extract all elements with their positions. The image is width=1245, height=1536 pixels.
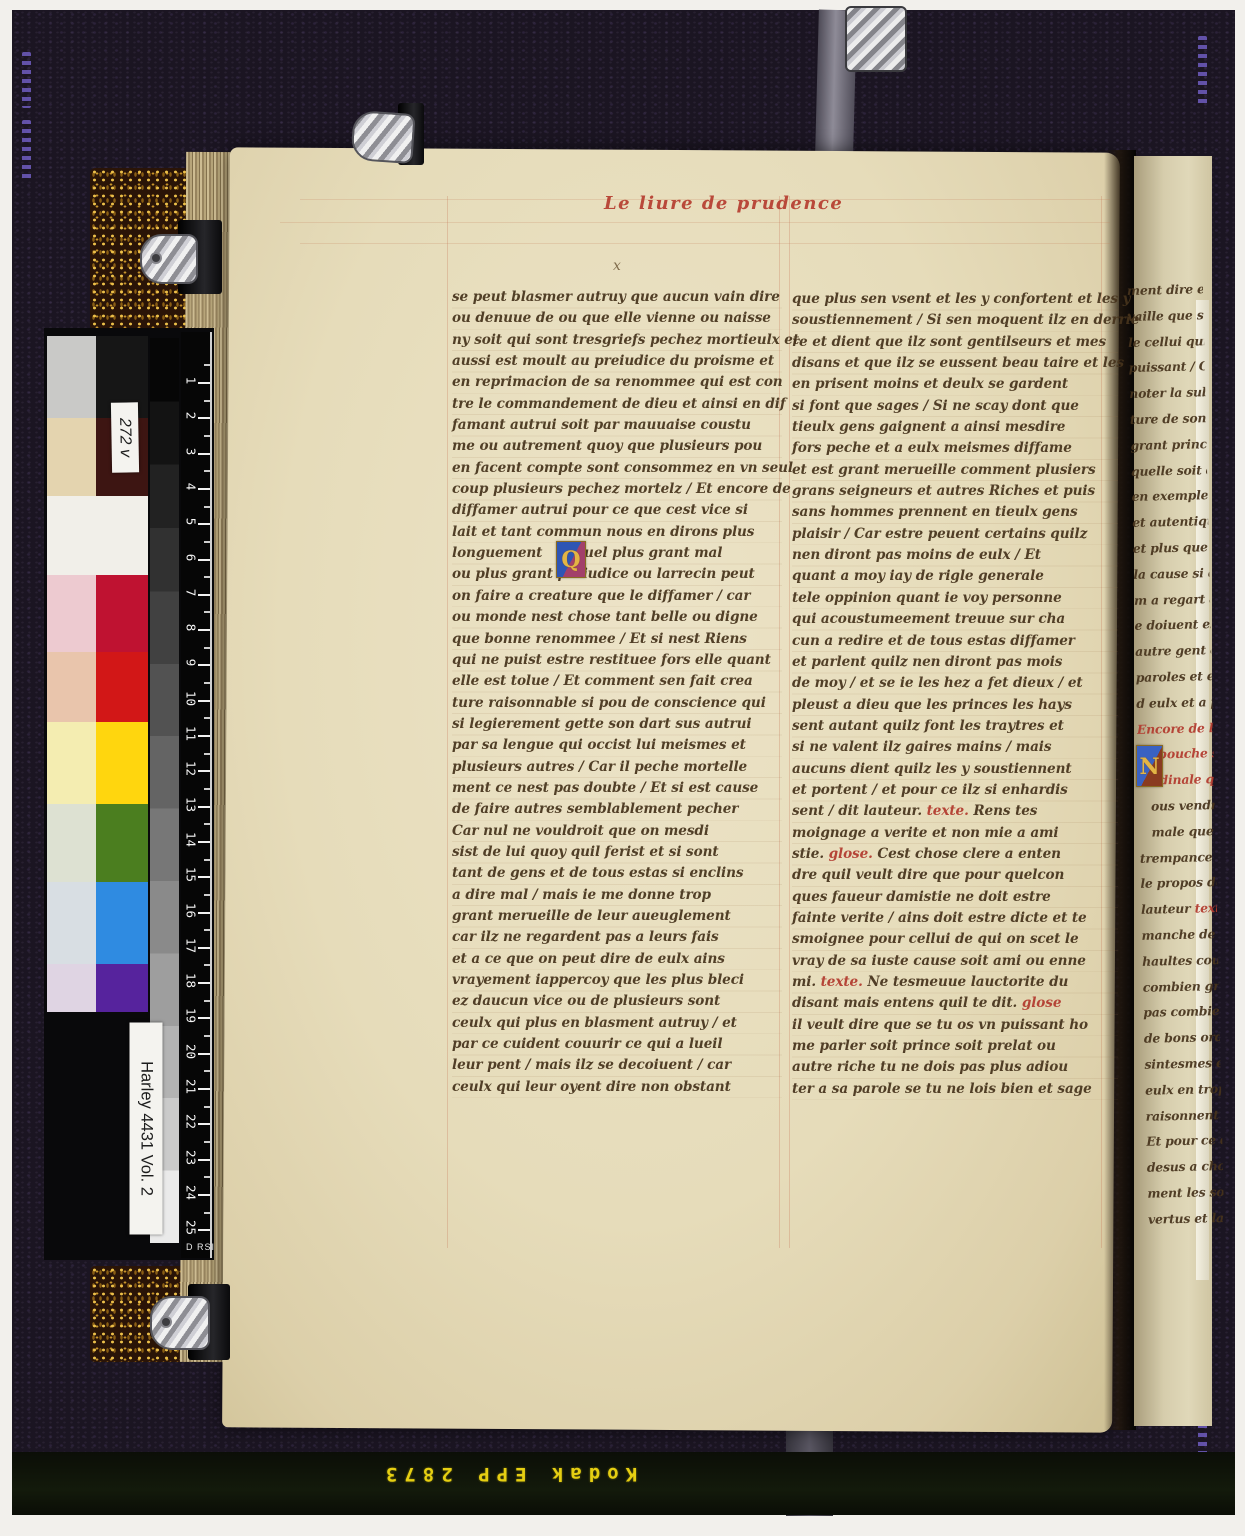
ruler-tick xyxy=(198,947,210,949)
ruler-number: 5 xyxy=(184,512,199,532)
ruler-tick xyxy=(198,700,210,702)
text-column-right: que plus sen vsent et les y confortent e… xyxy=(792,289,1118,1100)
color-patch-row xyxy=(47,804,148,882)
manuscript-text-line: ceulx qui leur oyent dire non obstant xyxy=(452,1077,782,1098)
ruler-tick xyxy=(204,823,210,825)
manuscript-text-line: par sa lengue qui occist lui meismes et xyxy=(452,735,782,756)
ruler-number: 20 xyxy=(184,1041,199,1061)
fragment-text-line: pas combien grant xyxy=(1143,1003,1220,1031)
color-patch xyxy=(47,575,96,652)
fragment-text-line: lauteur texte Es xyxy=(1141,900,1218,928)
ruler-tick xyxy=(198,1053,210,1055)
fragment-text-line: manche de toy chose xyxy=(1141,926,1218,954)
ruling-line xyxy=(447,196,448,1248)
ruler-tick xyxy=(204,929,210,931)
manuscript-text-line: dre quil veult dire que pour quelcon xyxy=(792,865,1118,886)
ruler-number: 12 xyxy=(184,759,199,779)
fragment-text-line: combien grans cho xyxy=(1143,978,1220,1006)
ruler-number: 18 xyxy=(184,971,199,991)
manuscript-text-line: que bonne renommee / Et si nest Riens xyxy=(452,629,782,650)
page-clip-handle xyxy=(140,234,198,284)
manuscript-text-line: diffamer autrui pour ce que cest vice si xyxy=(452,500,782,521)
ruler-tick xyxy=(204,753,210,755)
registration-mark xyxy=(22,120,31,180)
fragment-text-line: de bons ordre et glose xyxy=(1144,1029,1221,1057)
ruling-line xyxy=(789,196,790,1248)
ruler-number: 15 xyxy=(184,865,199,885)
ruler-tick xyxy=(204,1070,210,1072)
manuscript-text-line: moignage a verite et non mie a ami xyxy=(792,823,1118,844)
fragment-text-line: e doiuent estre m xyxy=(1134,617,1211,645)
color-patch xyxy=(47,804,96,882)
manuscript-text-line: aussi est moult au preiudice du proisme … xyxy=(452,351,782,372)
ruler-tick xyxy=(198,912,210,914)
ruler-tick xyxy=(204,435,210,437)
ruler-tick xyxy=(204,647,210,649)
ruler-tick xyxy=(204,682,210,684)
rubric-word: Encore de lenseig xyxy=(1137,719,1225,737)
ruler-tick xyxy=(198,559,210,561)
color-patch-row xyxy=(47,964,148,1012)
ruler-tick xyxy=(198,1017,210,1019)
registration-mark xyxy=(1198,36,1207,108)
fragment-text-line: desus a chose haulte xyxy=(1147,1158,1224,1186)
manuscript-text-line: ceulx qui plus en blasment autruy / et xyxy=(452,1013,782,1034)
fragment-text-line: ous vendron xyxy=(1138,797,1215,825)
color-patch xyxy=(96,722,148,804)
ruler-tick xyxy=(198,453,210,455)
ruler-tick xyxy=(198,594,210,596)
fragment-text-line: Et pour ce dist il xyxy=(1146,1132,1223,1160)
manuscript-text-line: fainte verite / ains doit estre dicte et… xyxy=(792,908,1118,929)
color-patch-row xyxy=(47,652,148,722)
manuscript-text-line: tre le commandement de dieu et ainsi en … xyxy=(452,394,782,415)
fragment-text-line: vertus et la haulte xyxy=(1148,1210,1225,1238)
fragment-text-line: Encore de lenseig xyxy=(1137,720,1214,748)
manuscript-text-line: ou denuue de ou que elle vienne ou naiss… xyxy=(452,308,782,329)
ruler-number: 2 xyxy=(184,406,199,426)
color-patch xyxy=(96,804,148,882)
manuscript-text-line: plaisir / Car estre peuent certains quil… xyxy=(792,524,1118,545)
fragment-text-line: et plus que dun xyxy=(1133,539,1210,567)
fragment-text-line: male que on xyxy=(1139,823,1216,851)
manuscript-text-line: et parlent quilz nen diront pas mois xyxy=(792,652,1118,673)
ruler-tick xyxy=(198,488,210,490)
rubric-header: Le liure de prudence xyxy=(604,193,843,214)
page-clip-handle xyxy=(350,110,415,164)
manuscript-text-line: disant mais entens quil te dit. glose xyxy=(792,993,1118,1014)
manuscript-text-line: et a ce que on peut dire de eulx ains xyxy=(452,949,782,970)
ruler-tick xyxy=(204,576,210,578)
ruler-number: 6 xyxy=(184,547,199,567)
ruler-tick xyxy=(198,1123,210,1125)
manuscript-text-line: tele oppinion quant ie voy personne xyxy=(792,588,1118,609)
manuscript-text-line: cun a redire et de tous estas diffamer xyxy=(792,631,1118,652)
manuscript-text-line: me parler soit prince soit prelat ou xyxy=(792,1036,1118,1057)
fragment-text-line: ment les souuerain xyxy=(1147,1184,1224,1212)
ruler-tick xyxy=(204,470,210,472)
manuscript-text-line: tieulx gens gaignent a ainsi mesdire xyxy=(792,417,1118,438)
pen-trial-mark: x xyxy=(613,258,621,274)
color-patch xyxy=(47,652,96,722)
ruler-tick xyxy=(204,364,210,366)
fragment-text-line: noter la substanc xyxy=(1129,384,1206,412)
ruler-number: 1 xyxy=(184,371,199,391)
manuscript-text-line: smoignee pour cellui de qui on scet le xyxy=(792,929,1118,950)
ruler-tick xyxy=(204,894,210,896)
ruler-number: 17 xyxy=(184,935,199,955)
manuscript-text-line: a dire mal / mais ie me donne trop xyxy=(452,885,782,906)
ruling-line xyxy=(300,243,1110,244)
manuscript-text-line: soustiennement / Si sen moquent ilz en d… xyxy=(792,310,1118,331)
ruler-footer-text: D RSI xyxy=(186,1242,215,1252)
ruler-tick xyxy=(204,788,210,790)
shelfmark-label: Harley 4431 Vol. 2 xyxy=(130,1023,163,1235)
ruler-tick xyxy=(198,1159,210,1161)
ruler-tick xyxy=(204,964,210,966)
ruler-tick xyxy=(198,1088,210,1090)
ruler-tick xyxy=(198,876,210,878)
ruler-tick xyxy=(204,1000,210,1002)
metal-clamp-top-right xyxy=(845,6,907,72)
manuscript-text-line: ment ce nest pas doubte / Et si est caus… xyxy=(452,778,782,799)
manuscript-text-line: famant autrui soit par mauuaise coustu xyxy=(452,415,782,436)
illuminated-initial-Q: Q xyxy=(556,541,586,578)
manuscript-text-line: qui ne puist estre restituee fors elle q… xyxy=(452,650,782,671)
rubric-word: texte. xyxy=(821,974,863,990)
ruler-tick xyxy=(204,506,210,508)
fragment-text-line: haultes coutumes xyxy=(1142,952,1219,980)
color-patch-row xyxy=(47,496,148,575)
color-patch-row xyxy=(47,575,148,652)
manuscript-text-line: ou plus grant preiudice ou larrecin peut xyxy=(452,564,782,585)
fragment-text-line: le cellui qui la dit xyxy=(1128,333,1205,361)
manuscript-text-line: vrayement iappercoy que les plus bleci xyxy=(452,970,782,991)
manuscript-text-line: de faire autres semblablement pecher xyxy=(452,799,782,820)
manuscript-text-line: en facent compte sont consommez en vn se… xyxy=(452,458,782,479)
manuscript-text-line: longuement uel plus grant mal xyxy=(452,543,782,564)
color-patch xyxy=(47,496,148,575)
ruler-tick xyxy=(204,400,210,402)
manuscript-text-line: stie. glose. Cest chose clere a enten xyxy=(792,844,1118,865)
fragment-text-line: la cause si est pou xyxy=(1133,565,1210,593)
ruling-line xyxy=(280,222,1110,223)
manuscript-text-line: Car nul ne vouldroit que on mesdi xyxy=(452,821,782,842)
manuscript-text-line: quant a moy iay de rigle generale xyxy=(792,566,1118,587)
fragment-text-line: sintesmes et vians xyxy=(1144,1055,1221,1083)
centimetre-ruler: 1234567891011121314151617181920212223242… xyxy=(181,332,212,1258)
manuscript-text-line: et est grant merueille comment plusiers xyxy=(792,460,1118,481)
manuscript-text-line: ques faueur damistie ne doit estre xyxy=(792,887,1118,908)
ruler-tick xyxy=(204,1176,210,1178)
ruler-number: 3 xyxy=(184,441,199,461)
manuscript-text-line: il veult dire que se tu os vn puissant h… xyxy=(792,1015,1118,1036)
manuscript-text-line: nen diront pas moins de eulx / Et xyxy=(792,545,1118,566)
page-clip-rivet xyxy=(160,1316,172,1328)
ruler-number: 11 xyxy=(184,724,199,744)
ruler-tick xyxy=(198,417,210,419)
manuscript-text-line: sent autant quilz font les traytres et xyxy=(792,716,1118,737)
ruler-number: 24 xyxy=(184,1182,199,1202)
fragment-text-line: raisonnent et seco xyxy=(1146,1107,1223,1135)
manuscript-text-line: mi. texte. Ne tesmeuue lauctorite du xyxy=(792,972,1118,993)
manuscript-text-line: sent / dit lauteur. texte. Rens tes xyxy=(792,801,1118,822)
manuscript-text-line: si font que sages / Si ne scay dont que xyxy=(792,396,1118,417)
rubric-word: glose. xyxy=(829,846,873,862)
fragment-text-line: d eulx et a plusie xyxy=(1136,694,1213,722)
manuscript-text-line: lait et tant commun nous en dirons plus xyxy=(452,522,782,543)
ruler-number: 4 xyxy=(184,476,199,496)
fragment-text-line: puissant / Car tu xyxy=(1129,359,1206,387)
fragment-text-line: autre gent en fa xyxy=(1135,642,1212,670)
color-patch-row xyxy=(47,882,148,964)
manuscript-text-line: si legierement gette son dart sus autrui xyxy=(452,714,782,735)
manuscript-text-line: si ne valent ilz gaires mains / mais xyxy=(792,737,1118,758)
manuscript-text-line: ter a sa parole se tu ne lois bien et sa… xyxy=(792,1079,1118,1100)
ruler-tick xyxy=(198,382,210,384)
ruler-tick xyxy=(204,541,210,543)
manuscript-text-line: de moy / et se ie les hez a fet dieux / … xyxy=(792,673,1118,694)
manuscript-text-line: re et dient que ilz sont gentilseurs et … xyxy=(792,332,1118,353)
manuscript-text-line: se peut blasmer autruy que aucun vain di… xyxy=(452,287,782,308)
manuscript-text-line: elle est tolue / Et comment sen fait cre… xyxy=(452,671,782,692)
color-patch xyxy=(96,964,148,1012)
color-patch-row xyxy=(47,722,148,804)
fragment-text-line: eulx en trop viser p xyxy=(1145,1081,1222,1109)
fragment-text-line: ture de son estat xyxy=(1130,410,1207,438)
manuscript-text-line: disans et que ilz se eussent beau taire … xyxy=(792,353,1118,374)
rubric-word: texte. xyxy=(927,803,969,819)
ruler-number: 13 xyxy=(184,794,199,814)
ruler-tick xyxy=(198,1229,210,1231)
ruler-tick xyxy=(198,770,210,772)
color-patch xyxy=(47,964,96,1012)
manuscript-text-line: me ou autrement quoy que plusieurs pou xyxy=(452,436,782,457)
manuscript-text-line: fors peche et a eulx meismes diffame xyxy=(792,438,1118,459)
manuscript-text-line: vray de sa iuste cause soit ami ou enne xyxy=(792,951,1118,972)
ruler-number: 21 xyxy=(184,1077,199,1097)
ruler-tick xyxy=(204,1141,210,1143)
ruler-tick xyxy=(204,1212,210,1214)
manuscript-text-line: en prisent moins et deulx se gardent xyxy=(792,374,1118,395)
ruler-number: 7 xyxy=(184,582,199,602)
manuscript-text-line: ture raisonnable si pou de conscience qu… xyxy=(452,693,782,714)
color-patch xyxy=(47,418,96,496)
fragment-text-line: vaille que se vn a xyxy=(1127,307,1204,335)
registration-mark xyxy=(22,52,31,108)
ruler-tick xyxy=(198,806,210,808)
ruler-number: 10 xyxy=(184,688,199,708)
illuminated-initial-N: N xyxy=(1136,745,1163,787)
fragment-text-line: et autentiqueme xyxy=(1132,513,1209,541)
manuscript-text-line: sist de lui quoy quil ferist et si sont xyxy=(452,842,782,863)
manuscript-text-line: autre riche tu ne dois pas plus adiou xyxy=(792,1057,1118,1078)
color-patch xyxy=(96,652,148,722)
rubric-word: glose xyxy=(1022,995,1062,1011)
manuscript-text-line: ou monde nest chose tant belle ou digne xyxy=(452,607,782,628)
ruler-tick xyxy=(198,629,210,631)
ruler-tick xyxy=(198,982,210,984)
ruler-tick xyxy=(204,859,210,861)
manuscript-text-line: plusieurs autres / Car il peche mortelle xyxy=(452,757,782,778)
ruler-tick xyxy=(204,1035,210,1037)
manuscript-text-line: sans hommes prennent en tieulx gens xyxy=(792,502,1118,523)
ruler-tick xyxy=(198,523,210,525)
manuscript-text-line: tant de gens et de tous estas si enclins xyxy=(452,863,782,884)
manuscript-text-line: on faire a creature que le diffamer / ca… xyxy=(452,586,782,607)
ruler-tick xyxy=(198,664,210,666)
ruler-number: 22 xyxy=(184,1112,199,1132)
fragment-text-line: m a regart a lexe xyxy=(1134,591,1211,619)
fragment-text-line: quelle soit digne xyxy=(1131,462,1208,490)
page-clip-rivet xyxy=(150,252,162,264)
manuscript-text-line: en reprimacion de sa renommee qui est co… xyxy=(452,372,782,393)
ruler-number: 25 xyxy=(184,1218,199,1238)
fragment-text-line: ment dire et que xyxy=(1127,281,1204,309)
fragment-text-line: paroles et est gnu xyxy=(1136,668,1213,696)
ruler-tick xyxy=(198,1194,210,1196)
manuscript-text-line: par ce cuident couurir ce qui a lueil xyxy=(452,1034,782,1055)
color-patch xyxy=(47,336,96,418)
fragment-text-line: en exemple vraye xyxy=(1131,488,1208,516)
ruler-number: 16 xyxy=(184,900,199,920)
manuscript-text-line: leur pent / mais ilz se decoiuent / car xyxy=(452,1055,782,1076)
ruler-tick xyxy=(198,735,210,737)
fragment-text-line: le propos de lintrod xyxy=(1140,874,1217,902)
color-patch xyxy=(47,722,96,804)
ruler-number: 14 xyxy=(184,829,199,849)
page-clip-handle xyxy=(150,1296,210,1350)
manuscript-text-line: aucuns dient quilz les y soustiennent xyxy=(792,759,1118,780)
manuscript-text-line: ez daucun vice ou de plusieurs sont xyxy=(452,991,782,1012)
color-patch xyxy=(96,882,148,964)
color-patch xyxy=(47,882,96,964)
ruler-tick xyxy=(204,717,210,719)
ruler-number: 8 xyxy=(184,618,199,638)
folio-number-label: 272 v xyxy=(111,402,139,472)
photographic-surrogate-page: { "labels": { "folio": "272 v", "shelfma… xyxy=(0,0,1245,1536)
manuscript-text-line: grans seigneurs et autres Riches et puis xyxy=(792,481,1118,502)
ruler-number: 23 xyxy=(184,1147,199,1167)
ruler-tick xyxy=(204,1106,210,1108)
manuscript-text-line: que plus sen vsent et les y confortent e… xyxy=(792,289,1118,310)
manuscript-text-line: ny soit qui sont tresgriefs pechez morti… xyxy=(452,330,782,351)
color-patch xyxy=(96,575,148,652)
manuscript-text-line: pleust a dieu que les princes les hays xyxy=(792,695,1118,716)
ruler-number: 9 xyxy=(184,653,199,673)
fragment-text-line: grant prince est d xyxy=(1130,436,1207,464)
text-column-left: se peut blasmer autruy que aucun vain di… xyxy=(452,287,782,1098)
manuscript-text-line: qui acoustumeement treuue sur cha xyxy=(792,609,1118,630)
ruler-tick xyxy=(198,841,210,843)
ruler-tick xyxy=(204,611,210,613)
manuscript-text-line: coup plusieurs pechez mortelz / Et encor… xyxy=(452,479,782,500)
ruler-number: 19 xyxy=(184,1006,199,1026)
manuscript-text-line: car ilz ne regardent pas a leurs fais xyxy=(452,927,782,948)
manuscript-text-line: et portent / et pour ce ilz si enhardis xyxy=(792,780,1118,801)
film-caption-text: Kodak EPP 2873 xyxy=(348,1463,668,1485)
manuscript-text-line: grant merueille de leur aueuglement xyxy=(452,906,782,927)
fragment-text-line: trempance et en ce xyxy=(1140,849,1217,877)
